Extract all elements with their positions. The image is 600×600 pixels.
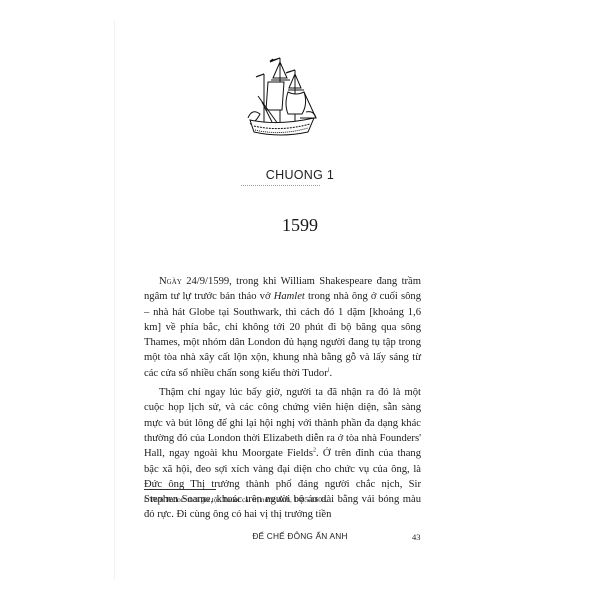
- paragraph-lead-word: Ngày: [159, 276, 182, 287]
- page-gutter-edge: [114, 20, 115, 580]
- paragraph-1: Ngày 24/9/1599, trong khi William Shakes…: [144, 274, 421, 381]
- page-number: 43: [412, 532, 421, 542]
- chapter-label: CHUONG 1: [0, 168, 600, 182]
- ship-illustration-icon: [238, 52, 322, 138]
- footnote: i. Thời Tudor: thời gia tộc Tudor cai tr…: [144, 495, 424, 504]
- body-text: Ngày 24/9/1599, trong khi William Shakes…: [144, 274, 421, 523]
- paragraph-text: .: [329, 368, 332, 379]
- chapter-title: 1599: [0, 215, 600, 236]
- footnote-divider: [144, 489, 216, 490]
- running-footer-title: ĐẾ CHẾ ĐÔNG ẤN ANH: [0, 531, 600, 541]
- work-title-hamlet: Hamlet: [274, 291, 305, 302]
- chapter-divider: [241, 185, 320, 186]
- paragraph-text: trong nhà ông ở cuối sông – nhà hát Glob…: [144, 291, 421, 378]
